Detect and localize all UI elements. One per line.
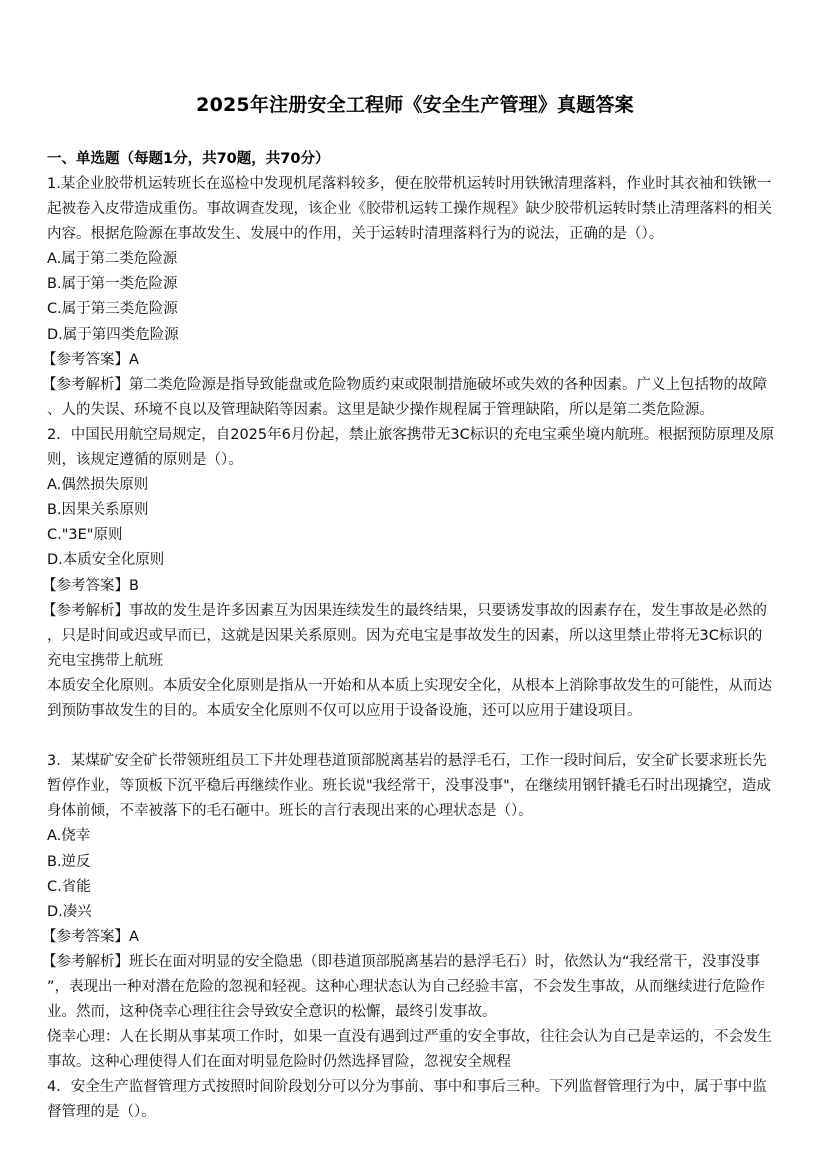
question-2-option-a: A.偶然损失原则 [47, 473, 787, 498]
question-1-option-b: B.属于第一类危险源 [47, 272, 787, 297]
question-3-option-d: D.凑兴 [47, 900, 787, 925]
question-3-analysis-line-5: 事故。这种心理使得人们在面对明显危险时仍然选择冒险，忽视安全规程 [47, 1050, 787, 1075]
question-2-option-b: B.因果关系原则 [47, 498, 787, 523]
section-heading: 一、单选题（每题1分，共70题，共70分） [47, 147, 787, 172]
question-2-analysis-line-3: 充电宝携带上航班 [47, 649, 787, 674]
document-body: 一、单选题（每题1分，共70题，共70分） 1.某企业胶带机运转班长在巡检中发现… [47, 147, 787, 1126]
question-1-stem-line-1: 1.某企业胶带机运转班长在巡检中发现机尾落料较多，便在胶带机运转时用铁锹清理落料… [47, 172, 787, 197]
question-3-stem-line-2: 暂停作业，等顶板下沉平稳后再继续作业。班长说"我经常干，没事没事"，在继续用钢钎… [47, 774, 787, 799]
question-2-option-c: C."3E"原则 [47, 523, 787, 548]
question-2-stem-line-2: 则，该规定遵循的原则是（）。 [47, 448, 787, 473]
question-4-stem-line-2: 督管理的是（）。 [47, 1100, 787, 1125]
question-3-analysis-line-2: ”，表现出一种对潜在危险的忽视和轻视。这种心理状态认为自己经验丰富，不会发生事故… [47, 975, 787, 1000]
question-2-analysis-line-4: 本质安全化原则。本质安全化原则是指从一开始和从本质上实现安全化，从根本上消除事故… [47, 674, 787, 699]
question-3-analysis-line-1: 【参考解析】班长在面对明显的安全隐患（即巷道顶部脱离基岩的悬浮毛石）时，依然认为… [42, 950, 787, 975]
question-3-option-a: A.侥幸 [47, 824, 787, 849]
question-1-option-a: A.属于第二类危险源 [47, 247, 787, 272]
document-title: 2025年注册安全工程师《安全生产管理》真题答案 [0, 92, 830, 118]
question-1-option-d: D.属于第四类危险源 [47, 323, 787, 348]
question-2-option-d: D.本质安全化原则 [47, 548, 787, 573]
question-1-analysis-line-2: 、人的失误、环境不良以及管理缺陷等因素。这里是缺少操作规程属于管理缺陷，所以是第… [47, 398, 787, 423]
question-3-answer: 【参考答案】A [42, 925, 787, 950]
question-3-option-c: C.省能 [47, 875, 787, 900]
question-3-stem-line-1: 3．某煤矿安全矿长带领班组员工下井处理巷道顶部脱离基岩的悬浮毛石，工作一段时间后… [47, 749, 787, 774]
question-2-answer: 【参考答案】B [42, 574, 787, 599]
blank-line [47, 724, 787, 749]
question-3-analysis-line-3: 业。然而，这种侥幸心理往往会导致安全意识的松懈，最终引发事故。 [47, 1000, 787, 1025]
question-3-option-b: B.逆反 [47, 850, 787, 875]
question-1-stem-line-3: 内容。根据危险源在事故发生、发展中的作用，关于运转时清理落料行为的说法，正确的是… [47, 222, 787, 247]
question-2-analysis-line-1: 【参考解析】事故的发生是许多因素互为因果连续发生的最终结果，只要诱发事故的因素存… [42, 599, 787, 624]
question-3-stem-line-3: 身体前倾，不幸被落下的毛石砸中。班长的言行表现出来的心理状态是（）。 [47, 799, 787, 824]
question-2-analysis-line-5: 到预防事故发生的目的。本质安全化原则不仅可以应用于设备设施，还可以应用于建设项目… [47, 699, 787, 724]
question-1-stem-line-2: 起被卷入皮带造成重伤。事故调查发现，该企业《胶带机运转工操作规程》缺少胶带机运转… [47, 197, 787, 222]
document-page: 2025年注册安全工程师《安全生产管理》真题答案 一、单选题（每题1分，共70题… [0, 0, 830, 1174]
question-1-option-c: C.属于第三类危险源 [47, 297, 787, 322]
question-4-stem-line-1: 4．安全生产监督管理方式按照时间阶段划分可以分为事前、事中和事后三种。下列监督管… [47, 1075, 787, 1100]
question-2-analysis-line-2: ，只是时间或迟或早而已，这就是因果关系原则。因为充电宝是事故发生的因素，所以这里… [47, 624, 787, 649]
question-1-answer: 【参考答案】A [42, 348, 787, 373]
question-2-stem-line-1: 2．中国民用航空局规定，自2025年6月份起，禁止旅客携带无3C标识的充电宝乘坐… [47, 423, 787, 448]
question-3-analysis-line-4: 侥幸心理：人在长期从事某项工作时，如果一直没有遇到过严重的安全事故，往往会认为自… [47, 1025, 787, 1050]
question-1-analysis-line-1: 【参考解析】第二类危险源是指导致能盘或危险物质约束或限制措施破坏或失效的各种因素… [42, 373, 787, 398]
